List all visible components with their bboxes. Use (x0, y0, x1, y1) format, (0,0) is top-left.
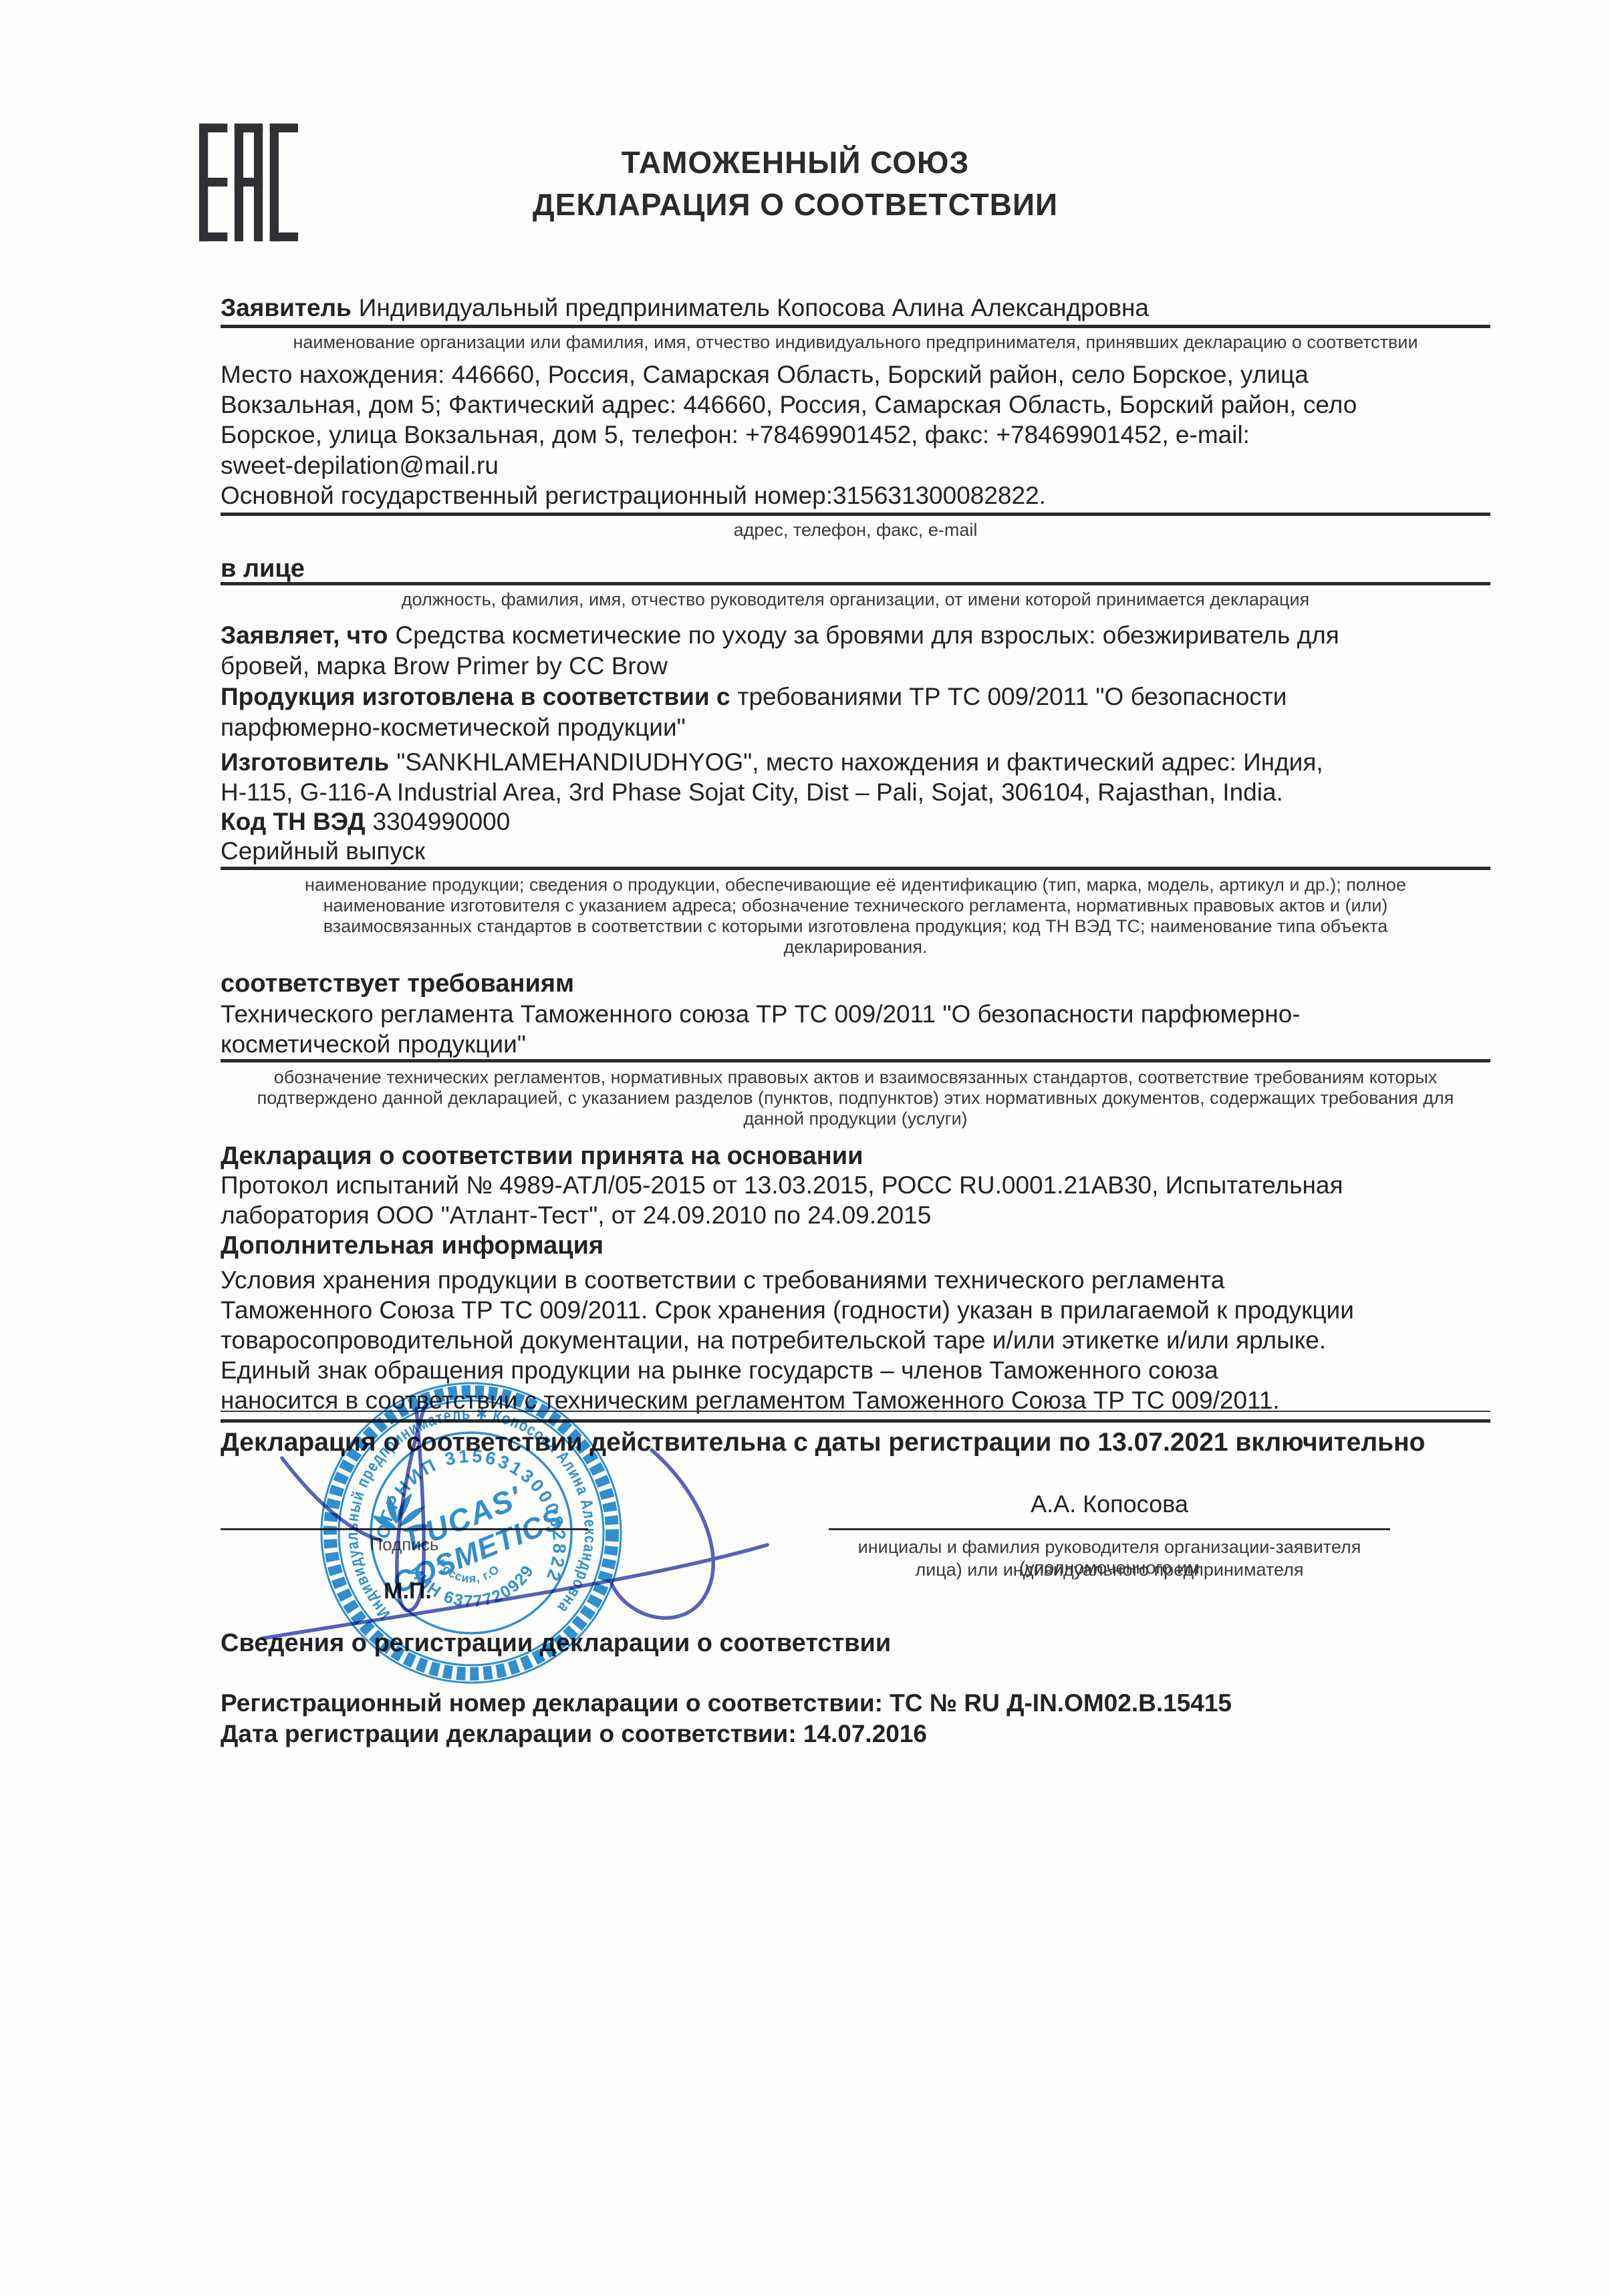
applicant-label: Заявитель (221, 294, 352, 321)
additional-line: Таможенного Союза ТР ТС 009/2011. Срок х… (221, 1296, 1530, 1324)
address-line: sweet-depilation@mail.ru (221, 452, 1530, 480)
product-note-line: взаимосвязанных стандартов в соответстви… (221, 916, 1490, 937)
address-line: Вокзальная, дом 5; Фактический адрес: 44… (221, 391, 1530, 419)
additional-line: Условия хранения продукции в соответстви… (221, 1266, 1530, 1294)
manufacturer-text: "SANKHLAMEHANDIUDHYOG", место нахождения… (396, 748, 1323, 776)
address-note: адрес, телефон, факс, e-mail (221, 520, 1490, 541)
declares-label: Заявляет, что (221, 621, 388, 649)
divider (221, 867, 1490, 870)
made-text: требованиями ТР ТС 009/2011 "О безопасно… (738, 683, 1287, 710)
additional-heading: Дополнительная информация (221, 1232, 1490, 1260)
address-line: Основной государственный регистрационный… (221, 482, 1530, 510)
manufacturer-label: Изготовитель (221, 748, 389, 776)
divider (221, 1059, 1490, 1062)
compliance-line: Технического регламента Таможенного союз… (221, 1000, 1530, 1028)
declaration-document: ТАМОЖЕННЫЙ СОЮЗ ДЕКЛАРАЦИЯ О СООТВЕТСТВИ… (0, 0, 1610, 2296)
manufacturer-line-2: H-115, G-116-A Industrial Area, 3rd Phas… (221, 778, 1530, 807)
declares-text: Средства косметические по уходу за бровя… (395, 621, 1339, 649)
tnved-line: Код ТН ВЭД3304990000 (221, 808, 1530, 836)
made-line-2: парфюмерно-косметической продукции" (221, 714, 1530, 742)
additional-line: товаросопроводительной документации, на … (221, 1326, 1530, 1354)
title-line-2: ДЕКЛАРАЦИЯ О СООТВЕТСТВИИ (0, 184, 1591, 226)
basis-heading: Декларация о соответствии принята на осн… (221, 1142, 1490, 1171)
page-title: ТАМОЖЕННЫЙ СОЮЗ ДЕКЛАРАЦИЯ О СООТВЕТСТВИ… (0, 142, 1591, 226)
made-label: Продукция изготовлена в соответствии с (221, 683, 730, 710)
handwritten-signature (221, 1363, 835, 1711)
in-person-label: в лице (221, 555, 1490, 583)
address-line: Место нахождения: 446660, Россия, Самарс… (221, 361, 1530, 389)
title-line-1: ТАМОЖЕННЫЙ СОЮЗ (0, 142, 1591, 184)
tnved-value: 3304990000 (373, 808, 511, 835)
product-note-line: наименование изготовителя с указанием ад… (221, 895, 1490, 916)
applicant-line: ЗаявительИндивидуальный предприниматель … (221, 294, 1530, 322)
serial-line: Серийный выпуск (221, 837, 1530, 865)
made-line: Продукция изготовлена в соответствии стр… (221, 683, 1530, 711)
address-line: Борское, улица Вокзальная, дом 5, телефо… (221, 421, 1530, 449)
signature-line-right (829, 1528, 1390, 1530)
divider (221, 325, 1490, 328)
manufacturer-line: Изготовитель"SANKHLAMEHANDIUDHYOG", мест… (221, 748, 1530, 776)
basis-line: лаборатория ООО "Атлант-Тест", от 24.09.… (221, 1201, 1530, 1230)
signatory-note-line: лица) или индивидуального предпринимател… (829, 1560, 1390, 1580)
tnved-label: Код ТН ВЭД (221, 808, 366, 835)
declares-line: Заявляет, чтоСредства косметические по у… (221, 621, 1530, 650)
signatory-name: А.А. Копосова (829, 1490, 1390, 1518)
compliance-note-line: подтверждено данной декларацией, с указа… (221, 1088, 1490, 1109)
compliance-line: косметической продукции" (221, 1030, 1530, 1058)
compliance-note-line: обозначение технических регламентов, нор… (221, 1067, 1490, 1088)
compliance-note-line: данной продукции (услуги) (221, 1109, 1490, 1129)
registration-date-line: Дата регистрации декларации о соответств… (221, 1720, 1530, 1748)
applicant-note: наименование организации или фамилия, им… (221, 332, 1490, 353)
declares-line-2: бровей, марка Brow Primer by CC Brow (221, 652, 1530, 680)
compliance-heading: соответствует требованиям (221, 970, 1490, 998)
in-person-note: должность, фамилия, имя, отчество руково… (221, 589, 1490, 610)
product-note-line: декларирования. (221, 937, 1490, 958)
applicant-value: Индивидуальный предприниматель Копосова … (359, 294, 1149, 321)
divider (221, 582, 1490, 585)
product-note-line: наименование продукции; сведения о проду… (221, 875, 1490, 895)
divider (221, 513, 1490, 516)
basis-line: Протокол испытаний № 4989-АТЛ/05-2015 от… (221, 1171, 1530, 1199)
